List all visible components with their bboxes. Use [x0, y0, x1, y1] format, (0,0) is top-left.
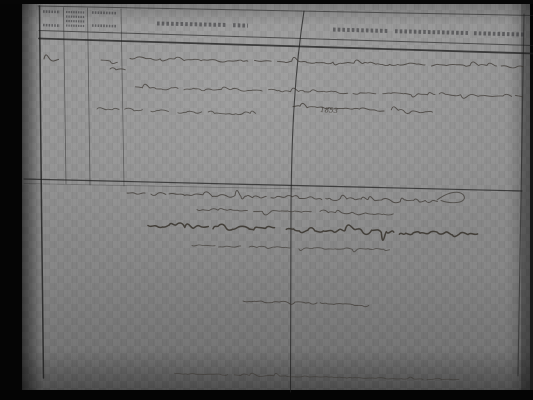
printed-text-strip — [474, 33, 525, 34]
column-line-1 — [64, 8, 67, 185]
signature-line-bold — [148, 223, 478, 240]
printed-text-strip — [395, 31, 468, 33]
certification-line-1 — [127, 190, 437, 202]
header-left-heading — [157, 24, 248, 26]
entry-text-line-3-left — [97, 108, 256, 115]
header-print-col1 — [43, 12, 60, 26]
header-print-col2 — [66, 12, 85, 26]
entry-text-line-1 — [130, 57, 523, 68]
center-fold-line — [291, 11, 305, 392]
printed-text-strip — [92, 26, 117, 27]
right-edge-line — [518, 14, 524, 376]
certification-line-2 — [197, 209, 393, 215]
left-edge-line — [40, 6, 44, 378]
document-photo: 1853 — [0, 0, 533, 400]
printed-text-strip — [43, 25, 60, 26]
entry-date-ink — [101, 60, 125, 64]
entry-year-fragment: 1853 — [320, 106, 339, 115]
header-print-col3 — [92, 13, 117, 27]
clerk-note-ink — [243, 301, 369, 307]
printed-text-strip — [157, 24, 227, 26]
entry-date-number-ink — [110, 68, 125, 70]
header-rule-upper — [39, 31, 533, 46]
printed-text-strip — [43, 12, 60, 13]
printed-text-strip — [66, 17, 85, 18]
entry-text-line-3-right — [293, 103, 432, 113]
printed-text-strip — [333, 30, 389, 32]
column-line-2 — [88, 8, 91, 185]
header-rule-lower — [39, 39, 533, 54]
printed-text-strip — [92, 13, 117, 14]
certification-flourish — [437, 192, 465, 202]
column-line-3 — [121, 9, 124, 186]
entry-number-ink — [44, 55, 59, 61]
printed-text-strip — [66, 21, 85, 22]
footer-note-ink — [174, 373, 459, 380]
printed-text-strip — [66, 12, 85, 13]
entry-text-line-2 — [135, 84, 522, 98]
page-markings: 1853 — [0, 0, 533, 400]
printed-text-strip — [66, 26, 85, 27]
header-right-heading — [333, 30, 525, 35]
